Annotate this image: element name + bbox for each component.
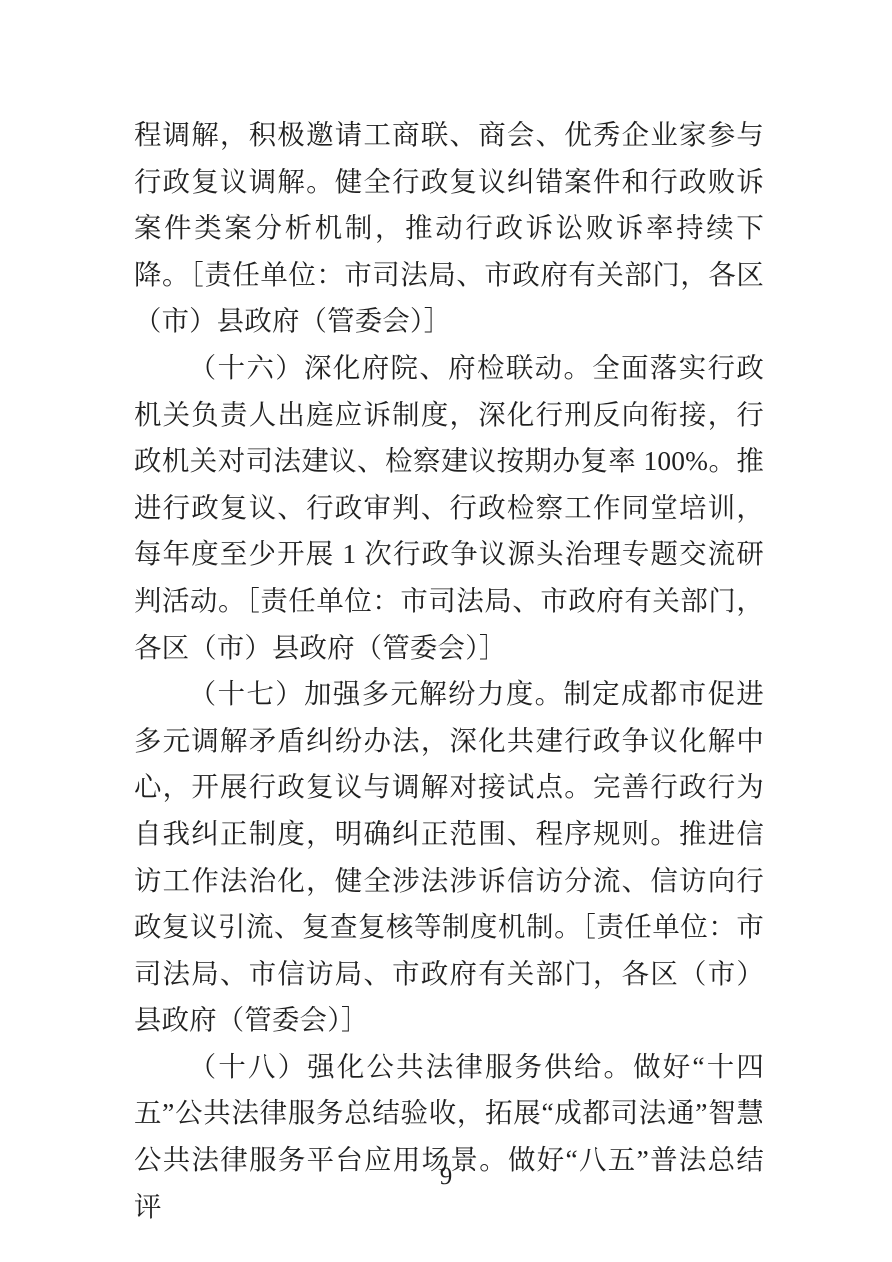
paragraph-continuation: 程调解，积极邀请工商联、商会、优秀企业家参与行政复议调解。健全行政复议纠错案件和… [134, 112, 764, 345]
paragraph-item-17: （十七）加强多元解纷力度。制定成都市促进多元调解矛盾纠纷办法，深化共建行政争议化… [134, 671, 764, 1044]
paragraph-item-18: （十八）强化公共法律服务供给。做好“十四五”公共法律服务总结验收，拓展“成都司法… [134, 1044, 764, 1230]
document-page: 程调解，积极邀请工商联、商会、优秀企业家参与行政复议调解。健全行政复议纠错案件和… [0, 0, 892, 1262]
page-number: 9 [440, 1163, 453, 1190]
paragraph-item-16: （十六）深化府院、府检联动。全面落实行政机关负责人出庭应诉制度，深化行刑反向衔接… [134, 345, 764, 671]
document-body: 程调解，积极邀请工商联、商会、优秀企业家参与行政复议调解。健全行政复议纠错案件和… [134, 112, 764, 1230]
page-footer: 9 [0, 1160, 892, 1194]
